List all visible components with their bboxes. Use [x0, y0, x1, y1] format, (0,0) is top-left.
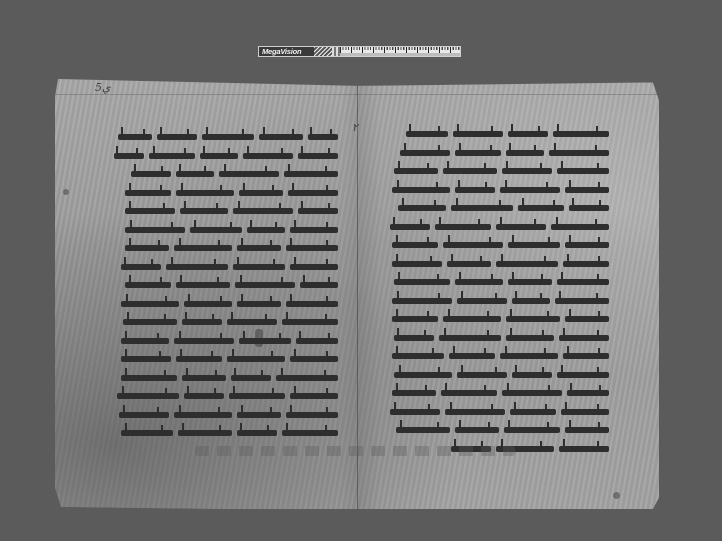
handwritten-word — [508, 131, 548, 137]
folio-number-mark: ي5 — [95, 81, 111, 94]
handwritten-word — [453, 131, 503, 137]
handwritten-word — [180, 208, 228, 214]
handwritten-word — [259, 134, 303, 140]
handwritten-word — [565, 427, 609, 433]
handwritten-word — [455, 150, 501, 156]
handwritten-word — [284, 171, 338, 177]
handwritten-word — [565, 316, 609, 322]
handwritten-word — [178, 430, 232, 436]
handwritten-word — [227, 319, 277, 325]
handwritten-word — [394, 335, 434, 341]
scale-checker-pattern — [332, 47, 340, 56]
handwritten-word — [443, 316, 501, 322]
handwritten-word — [182, 375, 226, 381]
handwritten-word — [282, 430, 338, 436]
handwritten-word — [508, 279, 552, 285]
handwritten-word — [286, 245, 338, 251]
handwritten-word — [435, 224, 491, 230]
handwritten-word — [202, 134, 254, 140]
script-line — [121, 424, 338, 443]
handwritten-word — [121, 430, 173, 436]
handwritten-word — [500, 187, 560, 193]
handwritten-word — [561, 409, 609, 415]
script-line — [398, 199, 609, 218]
handwritten-word — [506, 316, 560, 322]
handwritten-word — [237, 245, 281, 251]
handwritten-word — [439, 335, 501, 341]
handwritten-word — [125, 282, 171, 288]
script-line — [121, 369, 338, 388]
handwritten-word — [229, 393, 285, 399]
handwritten-word — [114, 153, 144, 159]
handwritten-word — [243, 153, 293, 159]
ruler-ticks — [340, 47, 460, 56]
handwritten-word — [123, 319, 177, 325]
handwritten-word — [184, 393, 224, 399]
handwritten-word — [508, 242, 560, 248]
script-line — [121, 332, 338, 351]
script-line — [400, 144, 609, 163]
handwritten-word — [502, 390, 562, 396]
handwritten-word — [392, 187, 450, 193]
handwritten-word — [557, 372, 609, 378]
handwritten-word — [176, 171, 214, 177]
handwritten-word — [174, 338, 234, 344]
handwritten-word — [553, 131, 609, 137]
script-line — [390, 403, 609, 422]
faded-undertext — [195, 446, 515, 456]
handwritten-word — [121, 375, 177, 381]
handwritten-word — [300, 282, 338, 288]
handwritten-word — [176, 190, 234, 196]
handwritten-word — [567, 390, 609, 396]
script-line — [114, 147, 338, 166]
handwritten-word — [282, 319, 338, 325]
script-line — [125, 202, 338, 221]
handwritten-word — [233, 264, 285, 270]
handwritten-word — [237, 301, 281, 307]
script-line — [392, 236, 609, 255]
handwritten-word — [176, 356, 222, 362]
handwritten-word — [219, 171, 279, 177]
handwritten-word — [392, 298, 452, 304]
handwritten-word — [451, 205, 513, 211]
handwritten-word — [117, 393, 179, 399]
script-line — [394, 366, 609, 385]
handwritten-word — [290, 356, 338, 362]
handwritten-word — [559, 335, 609, 341]
handwritten-word — [392, 316, 438, 322]
handwritten-word — [512, 298, 550, 304]
right-page-text-column — [383, 125, 609, 458]
handwritten-word — [500, 353, 558, 359]
left-page-text-column — [118, 128, 338, 443]
handwritten-word — [200, 153, 238, 159]
handwritten-word — [502, 168, 552, 174]
handwritten-word — [286, 412, 338, 418]
script-line — [125, 221, 338, 240]
handwritten-word — [125, 208, 175, 214]
script-line — [392, 181, 609, 200]
script-line — [125, 239, 338, 258]
handwritten-word — [149, 153, 195, 159]
handwritten-word — [443, 242, 503, 248]
handwritten-word — [296, 338, 338, 344]
handwritten-word — [447, 261, 491, 267]
script-line — [119, 406, 338, 425]
handwritten-word — [239, 338, 291, 344]
handwritten-word — [441, 390, 497, 396]
script-line — [117, 387, 338, 406]
handwritten-word — [119, 412, 169, 418]
ink-spot — [613, 492, 620, 499]
handwritten-word — [398, 205, 446, 211]
handwritten-word — [506, 150, 544, 156]
handwritten-word — [555, 298, 609, 304]
script-line — [121, 350, 338, 369]
handwritten-word — [392, 353, 444, 359]
handwritten-word — [121, 356, 171, 362]
handwritten-word — [125, 245, 169, 251]
handwritten-word — [290, 264, 338, 270]
handwritten-word — [557, 279, 609, 285]
handwritten-word — [457, 298, 507, 304]
handwritten-word — [235, 282, 295, 288]
handwritten-word — [569, 205, 609, 211]
handwritten-word — [455, 427, 499, 433]
handwritten-word — [457, 372, 507, 378]
handwritten-word — [445, 409, 505, 415]
handwritten-word — [227, 356, 285, 362]
handwritten-word — [276, 375, 338, 381]
handwritten-word — [298, 153, 338, 159]
fold-mark: ٢ — [352, 121, 358, 134]
handwritten-word — [390, 224, 430, 230]
handwritten-word — [286, 301, 338, 307]
handwritten-word — [298, 208, 338, 214]
handwritten-word — [390, 409, 440, 415]
script-line — [123, 313, 338, 332]
handwritten-word — [557, 168, 609, 174]
script-line — [131, 165, 338, 184]
handwritten-word — [237, 430, 277, 436]
megavision-logo: MegaVision — [259, 47, 314, 56]
handwritten-word — [512, 372, 552, 378]
handwritten-word — [174, 245, 232, 251]
script-line — [125, 276, 338, 295]
handwritten-word — [518, 205, 564, 211]
handwritten-word — [551, 224, 609, 230]
handwritten-word — [563, 353, 609, 359]
color-scale-ruler: MegaVision — [258, 46, 461, 57]
handwritten-word — [237, 412, 281, 418]
script-line — [392, 384, 609, 403]
center-fold — [357, 79, 358, 509]
script-line — [121, 258, 338, 277]
script-line — [394, 162, 609, 181]
handwritten-word — [510, 409, 556, 415]
handwritten-word — [288, 190, 338, 196]
handwritten-word — [504, 427, 560, 433]
handwritten-word — [290, 227, 338, 233]
handwritten-word — [121, 264, 161, 270]
handwritten-word — [184, 301, 232, 307]
script-line — [118, 128, 338, 147]
handwritten-word — [392, 242, 438, 248]
handwritten-word — [559, 446, 609, 452]
handwritten-word — [394, 372, 452, 378]
handwritten-word — [233, 208, 293, 214]
handwritten-word — [308, 134, 338, 140]
script-line — [392, 310, 609, 329]
manuscript-bifolium: ي5 ٢ — [55, 79, 659, 509]
script-line — [392, 347, 609, 366]
handwritten-word — [549, 150, 609, 156]
script-line — [125, 184, 338, 203]
handwritten-word — [565, 187, 609, 193]
gutter-shadow — [340, 79, 380, 509]
handwritten-word — [443, 168, 497, 174]
handwritten-word — [118, 134, 152, 140]
script-line — [392, 292, 609, 311]
ink-spot — [63, 189, 69, 195]
handwritten-word — [290, 393, 338, 399]
handwritten-word — [176, 282, 230, 288]
handwritten-word — [125, 227, 185, 233]
handwritten-word — [157, 134, 197, 140]
handwritten-word — [449, 353, 495, 359]
handwritten-word — [231, 375, 271, 381]
handwritten-word — [174, 412, 232, 418]
handwritten-word — [394, 168, 438, 174]
handwritten-word — [565, 242, 609, 248]
handwritten-word — [121, 338, 169, 344]
handwritten-word — [406, 131, 448, 137]
handwritten-word — [247, 227, 285, 233]
handwritten-word — [396, 427, 450, 433]
script-line — [396, 421, 609, 440]
script-line — [406, 125, 609, 144]
handwritten-word — [496, 261, 558, 267]
handwritten-word — [455, 187, 495, 193]
handwritten-word — [496, 224, 546, 230]
handwritten-word — [125, 190, 171, 196]
handwritten-word — [182, 319, 222, 325]
handwritten-word — [190, 227, 242, 233]
handwritten-word — [394, 279, 450, 285]
handwritten-word — [400, 150, 450, 156]
handwritten-word — [563, 261, 609, 267]
handwritten-word — [166, 264, 228, 270]
handwritten-word — [392, 390, 436, 396]
handwritten-word — [131, 171, 171, 177]
script-line — [392, 255, 609, 274]
handwritten-word — [455, 279, 503, 285]
script-line — [121, 295, 338, 314]
handwritten-word — [506, 335, 554, 341]
handwritten-word — [121, 301, 179, 307]
script-line — [390, 218, 609, 237]
handwritten-word — [239, 190, 283, 196]
script-line — [394, 273, 609, 292]
script-line — [394, 329, 609, 348]
scale-hatch-pattern — [314, 47, 332, 56]
handwritten-word — [392, 261, 442, 267]
